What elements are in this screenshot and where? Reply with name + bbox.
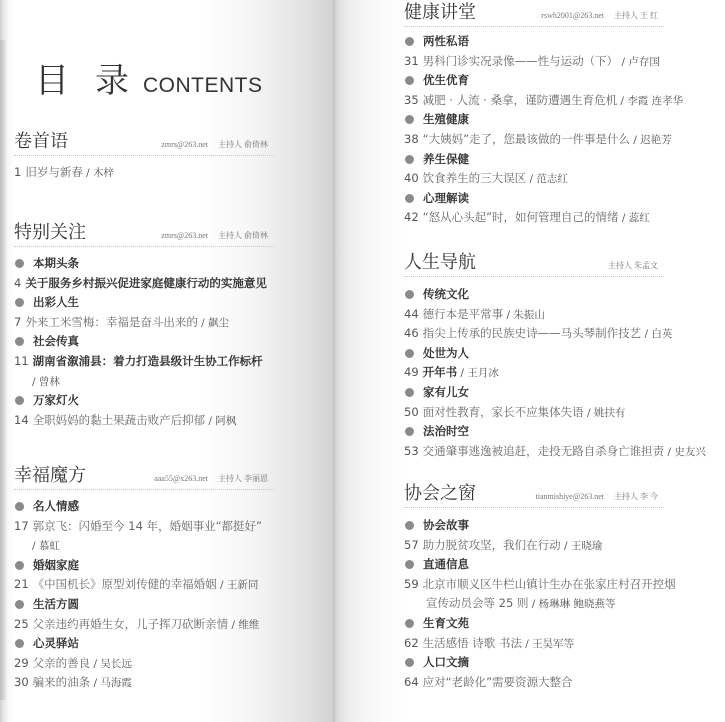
page-number: 31: [404, 54, 419, 68]
category-label: 名人情感: [33, 499, 79, 513]
page-number: 14: [14, 413, 29, 427]
section-entries: 本期头条4关于服务乡村振兴促进家庭健康行动的实施意见出彩人生7外来工米雪梅：幸福…: [14, 254, 304, 430]
article-row[interactable]: 59北京市顺义区牛栏山镇计生办在张家庄村召开控烟: [404, 575, 694, 595]
category-row: 协会故事: [404, 516, 694, 536]
section-meta: zmrs@263.net主持人 俞倚林: [161, 139, 268, 150]
article-row[interactable]: 62生活感悟 诗歌 书法 / 王昊军等: [404, 634, 694, 654]
article-row[interactable]: 1旧岁与新春 / 木梓: [14, 163, 304, 183]
page-number: 44: [404, 307, 419, 321]
category-row: 心灵驿站: [14, 634, 304, 654]
category-label: 生育文苑: [423, 616, 469, 630]
category-label: 直通信息: [423, 557, 469, 571]
category-row: 人口文摘: [404, 653, 694, 673]
page-number: 38: [404, 132, 419, 146]
category-row: 婚姻家庭: [14, 556, 304, 576]
article-title[interactable]: “大姨妈”走了，您最该做的一件事是什么: [423, 132, 630, 146]
section-host: 主持人 俞倚林: [218, 231, 268, 240]
category-row: 养生保健: [404, 150, 694, 170]
section-email[interactable]: aaa55@x263.net: [154, 474, 208, 483]
bullet-icon: [15, 337, 24, 346]
article-author: / 史友兴: [664, 446, 706, 458]
article-title[interactable]: “怒从心头起”时，如何管理自己的情绪: [423, 210, 619, 224]
bullet-icon: [15, 298, 24, 307]
article-row[interactable]: 53交通肇事逃逸被追赶，走投无路自杀身亡谁担责 / 史友兴: [404, 442, 694, 462]
section-title: 人生导航: [404, 248, 476, 274]
category-label: 万家灯火: [33, 393, 79, 407]
category-row: 出彩人生: [14, 293, 304, 313]
article-author: / 朱振山: [503, 309, 545, 321]
article-title[interactable]: 全职妈妈的黏土果蔬击败产后抑郁: [33, 413, 206, 427]
bullet-icon: [15, 502, 24, 511]
section-entries: 协会故事57助力脱贫攻坚，我们在行动 / 王晓瑜直通信息59北京市顺义区牛栏山镇…: [404, 516, 694, 692]
bullet-icon: [405, 388, 414, 397]
article-title[interactable]: 湖南省溆浦县：着力打造县级计生协工作标杆: [33, 354, 263, 368]
article-row[interactable]: 35减肥 · 人流 · 桑拿，谨防遭遇生育危机 / 李霞 连孝华: [404, 91, 694, 111]
category-row: 处世为人: [404, 344, 694, 364]
article-author: / 蕊红: [619, 212, 650, 224]
section-header: 特别关注zmrs@263.net主持人 俞倚林: [14, 224, 274, 247]
category-row: 名人情感: [14, 497, 304, 517]
bullet-icon: [405, 76, 414, 85]
section-email[interactable]: tianmishiye@263.net: [536, 492, 604, 501]
page-number: 21: [14, 577, 29, 591]
article-author: / 姚扶有: [584, 407, 626, 419]
section-meta: zmrs@263.net主持人 俞倚林: [161, 230, 268, 241]
article-row[interactable]: 31男科门诊实况录像——性与运动（下） / 卢存国: [404, 52, 694, 72]
section-email[interactable]: zmrs@263.net: [161, 140, 208, 149]
section-meta: 主持人 朱孟文: [598, 260, 658, 271]
page-number: 53: [404, 444, 419, 458]
article-title[interactable]: 北京市顺义区牛栏山镇计生办在张家庄村召开控烟: [423, 577, 676, 591]
bullet-icon: [15, 259, 24, 268]
category-row: 生活方圆: [14, 595, 304, 615]
section-title: 卷首语: [14, 127, 68, 153]
category-label: 处世为人: [423, 346, 469, 360]
category-label: 法治时空: [423, 424, 469, 438]
page-number: 49: [404, 365, 419, 379]
section-header: 卷首语zmrs@263.net主持人 俞倚林: [14, 133, 274, 156]
bullet-icon: [15, 561, 24, 570]
article-author: / 飙尘: [198, 317, 229, 329]
article-row[interactable]: 25父亲违约再婚生女，儿子挥刀砍断亲情 / 维维: [14, 615, 304, 635]
page-number: 50: [404, 405, 419, 419]
category-row: 优生优育: [404, 71, 694, 91]
page-number: 30: [14, 675, 29, 689]
page-number: 7: [14, 315, 21, 329]
article-title[interactable]: 《中国机长》原型刘传健的幸福婚姻: [33, 577, 217, 591]
article-title[interactable]: 面对性教育，家长不应集体失语: [423, 405, 584, 419]
category-row: 传统文化: [404, 285, 694, 305]
page-number: 4: [14, 276, 21, 290]
article-author: / 范志红: [526, 173, 568, 185]
section-header: 协会之窗tianmishiye@263.net主持人 李 今: [404, 485, 664, 508]
category-row: 直通信息: [404, 555, 694, 575]
toc-title-cn-2: 录: [95, 61, 131, 101]
section-header: 健康讲堂rswh2001@263.net主持人 王 红: [404, 4, 664, 27]
section-meta: rswh2001@263.net主持人 王 红: [541, 10, 658, 21]
article-title[interactable]: 应对“老龄化”需要资源大整合: [423, 675, 573, 689]
article-title[interactable]: 郭京飞：闪婚至今 14 年，婚姻事业“都挺好”: [33, 519, 262, 533]
article-title[interactable]: 指尖上传承的民族史诗——马头琴制作技艺: [423, 326, 642, 340]
category-row: 生殖健康: [404, 110, 694, 130]
section-host: 主持人 李 今: [614, 492, 658, 501]
category-row: 两性私语: [404, 32, 694, 52]
article-row[interactable]: 17郭京飞：闪婚至今 14 年，婚姻事业“都挺好”: [14, 517, 304, 537]
section-meta: aaa55@x263.net主持人 李丽恩: [154, 473, 268, 484]
section-header: 人生导航主持人 朱孟文: [404, 254, 664, 277]
category-row: 生育文苑: [404, 614, 694, 634]
article-author: / 吴长远: [90, 658, 132, 670]
bullet-icon: [15, 600, 24, 609]
category-row: 社会传真: [14, 332, 304, 352]
page-number: 25: [14, 617, 29, 631]
category-label: 婚姻家庭: [33, 558, 79, 572]
article-author: / 王新同: [217, 579, 259, 591]
article-continuation[interactable]: / 慕虹: [14, 536, 304, 556]
section-host: 主持人 李丽恩: [218, 474, 268, 483]
article-author: / 王晓瑜: [561, 540, 603, 552]
category-label: 养生保健: [423, 152, 469, 166]
page-number: 40: [404, 171, 419, 185]
article-row[interactable]: 30骗来的油条 / 马海霞: [14, 673, 304, 693]
article-author: / 阿枫: [205, 415, 236, 427]
category-label: 本期头条: [33, 256, 79, 270]
section-title: 协会之窗: [404, 479, 476, 505]
section-title: 幸福魔方: [14, 461, 86, 487]
page-number: 17: [14, 519, 29, 533]
page-number: 29: [14, 656, 29, 670]
section-email[interactable]: rswh2001@263.net: [541, 11, 604, 20]
article-title[interactable]: 男科门诊实况录像——性与运动（下）: [423, 54, 619, 68]
category-label: 人口文摘: [423, 655, 469, 669]
page-number: 42: [404, 210, 419, 224]
article-row[interactable]: 46指尖上传承的民族史诗——马头琴制作技艺 / 白英: [404, 324, 694, 344]
page-number: 62: [404, 636, 419, 650]
article-title[interactable]: 助力脱贫攻坚，我们在行动: [423, 538, 561, 552]
article-title[interactable]: 德行本是平常事: [423, 307, 504, 321]
article-title[interactable]: 饮食养生的三大误区: [423, 171, 527, 185]
article-author: / 曾林: [32, 376, 60, 388]
category-row: 万家灯火: [14, 391, 304, 411]
article-row[interactable]: 64应对“老龄化”需要资源大整合: [404, 673, 694, 693]
article-author: / 马海霞: [90, 677, 132, 689]
article-title[interactable]: 减肥 · 人流 · 桑拿，谨防遭遇生育危机: [423, 93, 617, 107]
bullet-icon: [15, 639, 24, 648]
bullet-icon: [405, 349, 414, 358]
article-row[interactable]: 49开年书 / 王月冰: [404, 363, 694, 383]
article-title[interactable]: 交通肇事逃逸被追赶，走投无路自杀身亡谁担责: [423, 444, 665, 458]
bullet-icon: [405, 560, 414, 569]
article-row[interactable]: 44德行本是平常事 / 朱振山: [404, 305, 694, 325]
article-row[interactable]: 7外来工米雪梅：幸福是奋斗出来的 / 飙尘: [14, 313, 304, 333]
article-author: / 卢存国: [618, 56, 660, 68]
article-continuation[interactable]: 宣传动员会等 25 则 / 杨琳琳 鲍晓燕等: [404, 594, 694, 614]
category-label: 传统文化: [423, 287, 469, 301]
section-header: 幸福魔方aaa55@x263.net主持人 李丽恩: [14, 467, 274, 490]
article-row[interactable]: 21《中国机长》原型刘传健的幸福婚姻 / 王新同: [14, 575, 304, 595]
section-host: 主持人 王 红: [614, 11, 658, 20]
article-row[interactable]: 14全职妈妈的黏土果蔬击败产后抑郁 / 阿枫: [14, 411, 304, 431]
article-author: / 迟艳芳: [630, 134, 672, 146]
bullet-icon: [405, 115, 414, 124]
article-title[interactable]: 父亲的善良: [33, 656, 91, 670]
category-label: 优生优育: [423, 73, 469, 87]
category-label: 出彩人生: [33, 295, 79, 309]
bullet-icon: [15, 396, 24, 405]
article-row[interactable]: 29父亲的善良 / 吴长远: [14, 654, 304, 674]
page-number: 59: [404, 577, 419, 591]
toc-title: 目录CONTENTS: [35, 53, 263, 102]
toc-title-cn-1: 目: [35, 61, 71, 101]
article-title[interactable]: 开年书: [423, 365, 458, 379]
article-row[interactable]: 40饮食养生的三大误区 / 范志红: [404, 169, 694, 189]
article-continuation[interactable]: / 曾林: [14, 372, 304, 392]
page-number: 35: [404, 93, 419, 107]
section-entries: 名人情感17郭京飞：闪婚至今 14 年，婚姻事业“都挺好”/ 慕虹婚姻家庭21《…: [14, 497, 304, 693]
toc-title-en: CONTENTS: [143, 74, 263, 97]
article-title[interactable]: 外来工米雪梅：幸福是奋斗出来的: [25, 315, 198, 329]
article-row[interactable]: 4关于服务乡村振兴促进家庭健康行动的实施意见: [14, 274, 304, 294]
category-row: 本期头条: [14, 254, 304, 274]
article-author: / 维维: [228, 619, 259, 631]
article-author: / 木梓: [83, 167, 114, 179]
category-label: 协会故事: [423, 518, 469, 532]
category-label: 生殖健康: [423, 112, 469, 126]
section-entries: 传统文化44德行本是平常事 / 朱振山46指尖上传承的民族史诗——马头琴制作技艺…: [404, 285, 694, 461]
section-host: 主持人 朱孟文: [608, 261, 658, 270]
article-author: / 白英: [641, 328, 672, 340]
article-title[interactable]: 旧岁与新春: [25, 165, 83, 179]
article-row[interactable]: 11湖南省溆浦县：着力打造县级计生协工作标杆: [14, 352, 304, 372]
category-label: 家有儿女: [423, 385, 469, 399]
category-label: 心灵驿站: [33, 636, 79, 650]
article-author: / 慕虹: [32, 540, 60, 552]
bullet-icon: [405, 521, 414, 530]
page-number: 46: [404, 326, 419, 340]
article-row[interactable]: 57助力脱贫攻坚，我们在行动 / 王晓瑜: [404, 536, 694, 556]
bullet-icon: [405, 658, 414, 667]
category-row: 家有儿女: [404, 383, 694, 403]
article-row[interactable]: 38“大姨妈”走了，您最该做的一件事是什么 / 迟艳芳: [404, 130, 694, 150]
section-meta: tianmishiye@263.net主持人 李 今: [536, 491, 658, 502]
article-author: / 杨琳琳 鲍晓燕等: [528, 598, 615, 610]
article-title[interactable]: 骗来的油条: [33, 675, 91, 689]
bullet-icon: [405, 619, 414, 628]
page-number: 64: [404, 675, 419, 689]
category-label: 两性私语: [423, 34, 469, 48]
article-title[interactable]: 父亲违约再婚生女，儿子挥刀砍断亲情: [33, 617, 229, 631]
section-email[interactable]: zmrs@263.net: [161, 231, 208, 240]
article-row[interactable]: 50面对性教育，家长不应集体失语 / 姚扶有: [404, 403, 694, 423]
article-title[interactable]: 关于服务乡村振兴促进家庭健康行动的实施意见: [25, 276, 267, 290]
section-title: 特别关注: [14, 218, 86, 244]
category-row: 心理解读: [404, 189, 694, 209]
article-row[interactable]: 42“怒从心头起”时，如何管理自己的情绪 / 蕊红: [404, 208, 694, 228]
section-title: 健康讲堂: [404, 0, 476, 24]
section-entries: 两性私语31男科门诊实况录像——性与运动（下） / 卢存国优生优育35减肥 · …: [404, 32, 694, 228]
section-host: 主持人 俞倚林: [218, 140, 268, 149]
category-row: 法治时空: [404, 422, 694, 442]
bullet-icon: [405, 290, 414, 299]
bullet-icon: [405, 194, 414, 203]
category-label: 社会传真: [33, 334, 79, 348]
category-label: 生活方圆: [33, 597, 79, 611]
bullet-icon: [405, 37, 414, 46]
bullet-icon: [405, 155, 414, 164]
article-title[interactable]: 生活感悟 诗歌 书法: [423, 636, 522, 650]
page-number: 57: [404, 538, 419, 552]
bullet-icon: [405, 427, 414, 436]
page-number: 1: [14, 165, 21, 179]
category-label: 心理解读: [423, 191, 469, 205]
article-title-continued[interactable]: 宣传动员会等 25 则: [426, 596, 528, 610]
page-edge-shadow: [0, 40, 6, 700]
article-author: / 李霞 连孝华: [617, 95, 683, 107]
section-entries: 1旧岁与新春 / 木梓: [14, 163, 304, 183]
article-author: / 王月冰: [457, 367, 499, 379]
article-author: / 王昊军等: [522, 638, 574, 650]
page-number: 11: [14, 354, 29, 368]
